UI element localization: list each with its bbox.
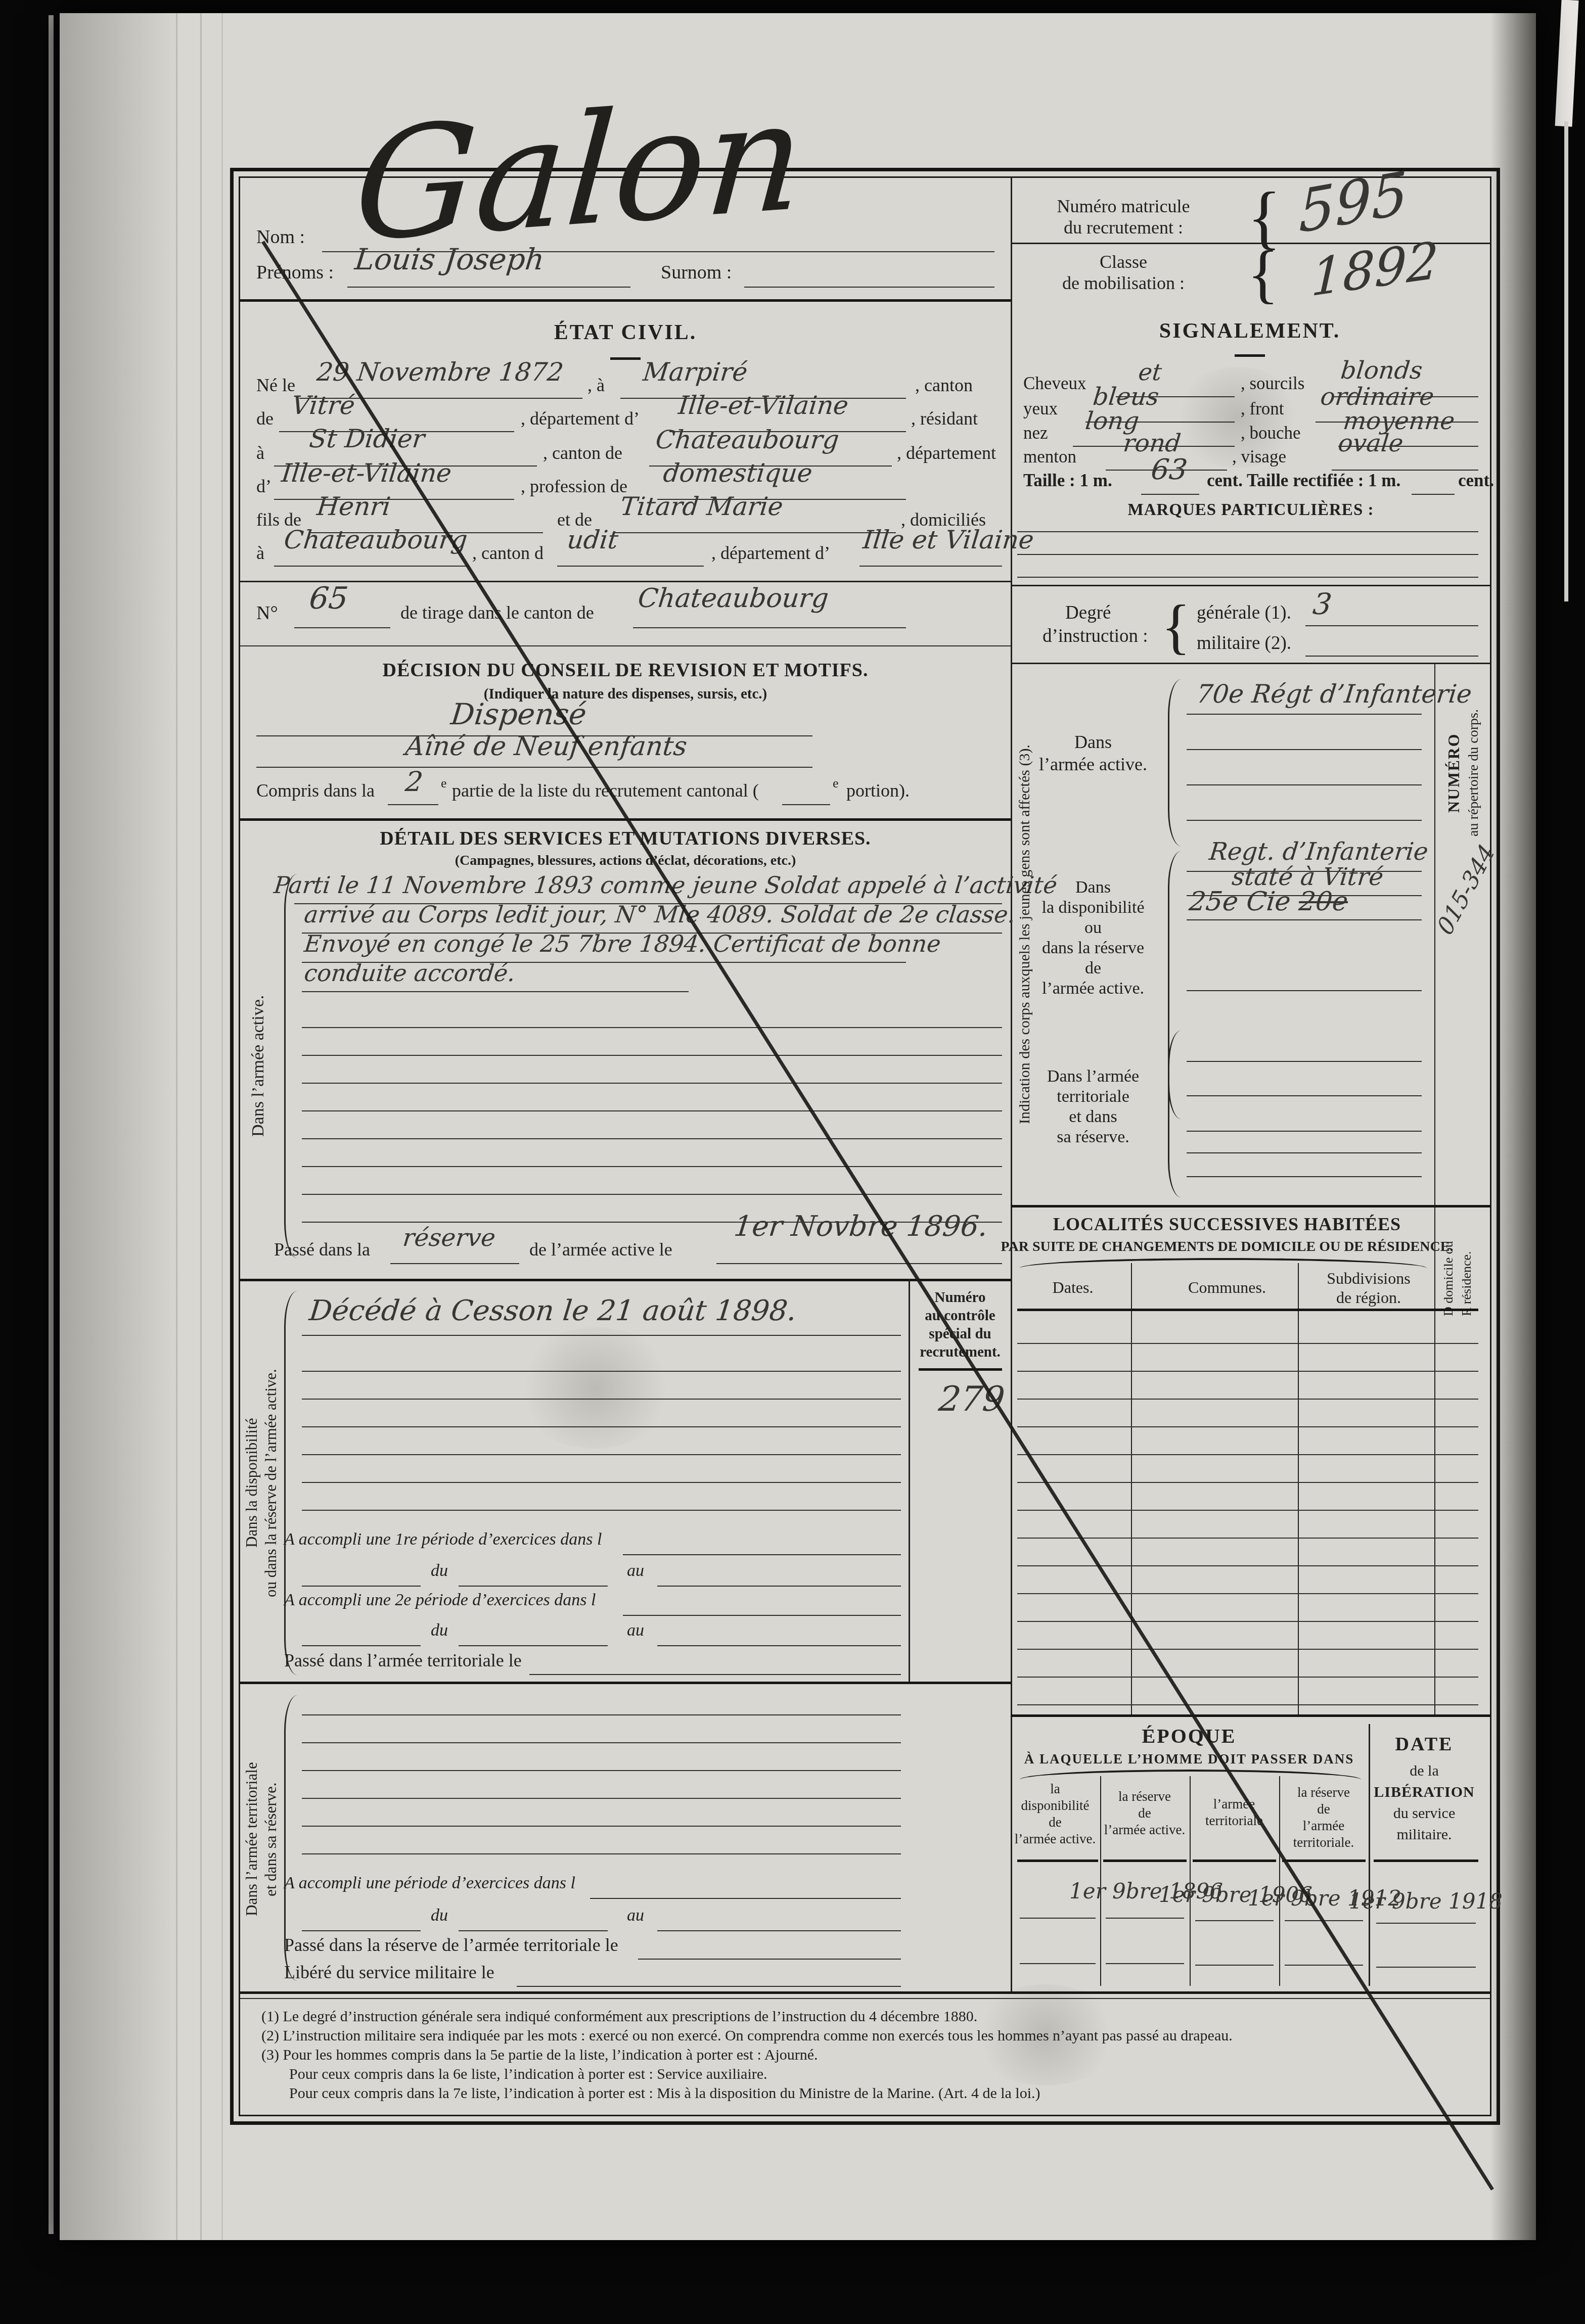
localites-header-rule	[1017, 1309, 1478, 1311]
ec-line	[274, 566, 469, 567]
passe-terr-label: Passé dans l’armée territoriale le	[284, 1650, 522, 1671]
passe-pre: Passé dans la	[274, 1239, 370, 1260]
periode1-label: A accompli une 1re période d’exercices d…	[284, 1530, 602, 1549]
services-subtitle: (Campagnes, blessures, actions d’éclat, …	[455, 853, 796, 869]
localites-subtitle: PAR SUITE DE CHANGEMENTS DE DOMICILE OU …	[1001, 1239, 1454, 1255]
epoque-row-line	[1376, 1923, 1476, 1924]
controle-header: spécial du	[929, 1326, 991, 1342]
corps-dispo-label: Dans	[1075, 878, 1111, 897]
services-brace	[284, 874, 299, 1258]
compris-end: portion).	[846, 780, 910, 801]
corps-active-hw: 70e Régt d’Infanterie	[1195, 679, 1473, 709]
du-label: du	[431, 1561, 448, 1581]
au-label: au	[627, 1621, 644, 1640]
epoque-col2: de	[1138, 1805, 1151, 1821]
blank-line	[1017, 554, 1478, 555]
rule	[1011, 585, 1491, 586]
surnom-label: Surnom :	[661, 261, 732, 284]
page-edge	[49, 15, 54, 2234]
section-rule	[1011, 1205, 1491, 1207]
periode-line	[657, 1930, 901, 1931]
taille-line	[1412, 494, 1455, 495]
corps-dispo-hw3: 25e Cie 20e	[1188, 887, 1349, 917]
taille-pre: Taille : 1 m.	[1023, 471, 1112, 491]
section-rule	[240, 818, 1011, 821]
epoque-col-line	[1279, 1776, 1280, 1986]
generale-label: générale (1).	[1197, 602, 1291, 624]
title-dash	[610, 357, 641, 360]
ec-line	[859, 566, 1002, 567]
epoque-subtitle: À LAQUELLE L’HOMME DOIT PASSER DANS	[1024, 1751, 1354, 1767]
footnote-2: (2) L’instruction militaire sera indiqué…	[261, 2027, 1233, 2044]
col-dr-1: D domicile ou	[1441, 1210, 1456, 1316]
col-communes: Communes.	[1188, 1278, 1266, 1297]
ec-label: Né le	[256, 375, 295, 396]
footnote-1: (1) Le degré d’instruction générale sera…	[261, 2008, 977, 2025]
epoque-date-header: du service	[1393, 1805, 1455, 1822]
epoque-date-header: DATE	[1395, 1733, 1454, 1755]
du-label: du	[431, 1621, 448, 1640]
ec-value: Ille-et-Vilaine	[677, 391, 850, 420]
controle-divider	[909, 1279, 910, 1682]
epoque-value-liberation: 1er 9bre 1918	[1349, 1889, 1503, 1914]
ec-label: , résidant	[911, 408, 978, 429]
decision-hw2: Aîné de Neuf enfants	[404, 731, 689, 762]
services-title: DÉTAIL DES SERVICES ET MUTATIONS DIVERSE…	[380, 827, 871, 850]
terr-side-label-2: et dans sa réserve.	[262, 1693, 280, 1986]
terr-side-label-1: Dans l’armée territoriale	[243, 1693, 261, 1986]
page-fold-line	[200, 13, 202, 2240]
periode-line	[302, 1930, 421, 1931]
footnote-3: (3) Pour les hommes compris dans la 5e p…	[261, 2047, 818, 2064]
rule	[1011, 663, 1491, 664]
ec-label: de	[256, 408, 274, 429]
marques-label: MARQUES PARTICULIÈRES :	[1128, 501, 1374, 520]
taille-line	[1141, 494, 1199, 495]
epoque-row-line	[1106, 1918, 1184, 1919]
controle-header: Numéro	[935, 1289, 986, 1306]
corps-active-label: l’armée active.	[1039, 754, 1147, 775]
controle-header: recrutement.	[920, 1344, 1001, 1361]
sig-label: , front	[1241, 399, 1284, 419]
corps-dispo-label: ou	[1084, 918, 1102, 938]
corps-line	[1187, 990, 1422, 991]
au-label: au	[627, 1906, 644, 1925]
corps-line	[1187, 919, 1422, 920]
epoque-header-rule	[1282, 1860, 1366, 1862]
ec-value: Vitré	[290, 391, 356, 420]
periode-line	[638, 1959, 901, 1960]
epoque-date-divider	[1369, 1724, 1370, 1986]
sig-label: , visage	[1232, 447, 1286, 467]
etat-civil-title: ÉTAT CIVIL.	[554, 320, 697, 345]
epoque-row-line	[1376, 1967, 1476, 1968]
ec-line	[274, 499, 514, 500]
prenoms-value: Louis Joseph	[353, 242, 546, 276]
main-column-divider	[1011, 178, 1012, 1991]
ec-value: udit	[566, 525, 619, 554]
epoque-title: ÉPOQUE	[1142, 1724, 1237, 1748]
corps-terr-label: sa réserve.	[1057, 1128, 1129, 1147]
epoque-date-header: LIBÉRATION	[1374, 1784, 1475, 1801]
ec-label: , profession de	[521, 476, 627, 497]
surnom-line	[744, 287, 994, 288]
tirage-no-label: N°	[256, 602, 278, 624]
corps-active-brace	[1168, 679, 1183, 846]
epoque-col1: l’armée active.	[1015, 1831, 1096, 1847]
corps-line	[1187, 1176, 1422, 1177]
ec-label: , canton de	[543, 442, 622, 463]
passe-hw2: 1er Novbre 1896.	[733, 1210, 989, 1243]
page-fold-line	[221, 13, 223, 2240]
ec-value: Chateaubourg	[654, 425, 840, 454]
ec-value: Chateaubourg	[283, 525, 469, 554]
controle-rule	[919, 1368, 1002, 1371]
blank-rules	[302, 1344, 901, 1511]
decision-line	[256, 767, 812, 768]
blank-line	[1017, 531, 1478, 532]
degre-label: Degré	[1065, 602, 1111, 624]
periode-line	[590, 1898, 901, 1899]
periode-line	[302, 1645, 421, 1646]
epoque-col1: la	[1050, 1781, 1060, 1797]
col-subdivisions: de région.	[1336, 1288, 1401, 1307]
footnote-5: Pour ceux compris dans la 7e liste, l’in…	[289, 2085, 1040, 2102]
compris-pre: Compris dans la	[256, 780, 375, 801]
prenoms-label: Prénoms :	[256, 261, 334, 284]
prenoms-line	[347, 287, 630, 288]
corps-terr-label: et dans	[1069, 1107, 1117, 1127]
passe-hw1: réserve	[401, 1224, 497, 1252]
scan-canvas: Nom : Galon Prénoms : Louis Joseph Surno…	[0, 0, 1585, 2324]
ec-label: , département d’	[711, 542, 830, 564]
tirage-line	[294, 627, 390, 628]
blank-rules	[302, 1000, 1002, 1225]
section-rule	[240, 1279, 1011, 1281]
periode-line	[657, 1645, 901, 1646]
epoque-col4: la réserve	[1297, 1785, 1350, 1800]
tirage-no-value: 65	[307, 581, 350, 616]
ec-label: , à	[587, 375, 605, 396]
periode-line	[459, 1645, 608, 1646]
corps-line	[1187, 1131, 1422, 1132]
corps-line	[1187, 1095, 1422, 1096]
periode-line	[459, 1930, 608, 1931]
passe-line	[716, 1263, 1002, 1264]
du-label: du	[431, 1906, 448, 1925]
hw-line	[302, 1335, 901, 1336]
footnote-rule-thin	[240, 1998, 1490, 1999]
classe-label: de mobilisation :	[1062, 272, 1185, 294]
sig-label: yeux	[1023, 399, 1058, 419]
sig-label: Cheveux	[1023, 374, 1086, 394]
ec-value: Ille et Vilaine	[862, 525, 1035, 554]
ec-value: Ille-et-Vilaine	[280, 458, 453, 488]
nom-label: Nom :	[256, 226, 305, 248]
localites-rows	[1017, 1316, 1478, 1708]
periode-line	[623, 1615, 901, 1616]
periode-line	[302, 1586, 421, 1587]
periode-line	[657, 1586, 901, 1587]
compris-post: partie de la liste du recrutement canton…	[452, 780, 759, 801]
sig-label: , sourcils	[1241, 374, 1304, 394]
passe-mid: de l’armée active le	[529, 1239, 672, 1260]
degre-label: d’instruction :	[1043, 625, 1148, 647]
deces-hw: Décédé à Cesson le 21 août 1898.	[308, 1294, 798, 1327]
decision-hw1: Dispensé	[449, 697, 588, 731]
libere-label: Libéré du service militaire le	[284, 1962, 494, 1983]
terr-periode-label: A accompli une période d’exercices dans …	[284, 1874, 575, 1893]
ec-label: , canton d	[472, 542, 544, 564]
corps-line	[1187, 1061, 1422, 1062]
hw-line	[302, 991, 689, 992]
militaire-label: militaire (2).	[1197, 632, 1291, 654]
matricule-label: du recrutement :	[1064, 217, 1183, 238]
controle-header: au contrôle	[925, 1308, 995, 1324]
ec-label: à	[256, 442, 264, 463]
periode-line	[623, 1554, 901, 1555]
blank-line	[1017, 577, 1478, 578]
controle-value: 279	[937, 1379, 1007, 1419]
ec-label: , canton	[915, 375, 973, 396]
services-hw3: Envoyé en congé le 25 7bre 1894. Certifi…	[303, 930, 942, 957]
periode-line	[459, 1586, 608, 1587]
epoque-col4: de	[1317, 1801, 1330, 1817]
compris-line	[388, 804, 438, 805]
section-rule	[1011, 1714, 1491, 1717]
corps-line	[1187, 714, 1422, 715]
corps-terr-brace	[1168, 1031, 1183, 1197]
epoque-col2: la réserve	[1118, 1789, 1171, 1804]
epoque-row-line	[1195, 1965, 1274, 1966]
ec-label: d’	[256, 476, 271, 497]
compris-sup2: e	[833, 776, 839, 791]
epoque-header-rule	[1017, 1860, 1098, 1862]
services-side-label: Dans l’armée active.	[249, 874, 268, 1258]
taille-end: cent.	[1458, 471, 1494, 491]
tirage-canton: Chateaubourg	[637, 583, 830, 614]
corps-vertical-label: Indication des corps auxquels les jeunes…	[1016, 667, 1033, 1202]
decision-title: DÉCISION DU CONSEIL DE REVISION ET MOTIF…	[383, 659, 869, 681]
corps-dispo-hw3-struck: 20e	[1297, 887, 1349, 917]
corps-dispo-label: de	[1085, 959, 1101, 978]
title-dash	[1235, 354, 1265, 357]
ec-line	[614, 532, 896, 533]
section-rule	[240, 1682, 1011, 1684]
services-hw2: arrivé au Corps ledit jour, N° Mle 4089.…	[303, 901, 1017, 928]
corps-line	[1187, 749, 1422, 750]
ec-value: Henri	[315, 492, 392, 521]
au-label: au	[627, 1561, 644, 1581]
compris-line	[782, 804, 830, 805]
corps-dispo-hw1: Regt. d’Infanterie	[1208, 838, 1430, 866]
epoque-row-line	[1106, 1963, 1184, 1964]
matricule-label: Numéro matricule	[1057, 196, 1190, 217]
periode-line	[529, 1674, 901, 1675]
classe-label: Classe	[1100, 251, 1147, 272]
periode-line	[517, 1986, 901, 1987]
epoque-col1: disponibilité	[1021, 1798, 1090, 1814]
sig-label: nez	[1023, 423, 1048, 443]
epoque-col3: territoriale	[1205, 1813, 1263, 1829]
epoque-header-rule	[1103, 1860, 1187, 1862]
taille-mid: cent. Taille rectifiée : 1 m.	[1207, 471, 1400, 491]
epoque-header-rule	[1193, 1860, 1276, 1862]
epoque-row-line	[1285, 1920, 1363, 1921]
epoque-row-line	[1285, 1965, 1363, 1966]
compris-sup: e	[441, 776, 447, 791]
ec-label: , département	[897, 442, 996, 463]
dispo-side-label-2: ou dans la réserve de l’armée active.	[262, 1288, 280, 1678]
page-fold-line	[176, 13, 177, 2240]
ec-value: Marpiré	[642, 357, 749, 387]
degre-brace: {	[1161, 592, 1191, 662]
corps-dispo-label: l’armée active.	[1042, 979, 1144, 998]
page-edge	[1564, 121, 1568, 601]
sig-label: menton	[1023, 447, 1076, 467]
services-hw4: conduite accordé.	[303, 959, 517, 987]
ec-label: , département d’	[521, 408, 640, 429]
page-edge	[1555, 0, 1578, 127]
corps-dispo-label: dans la réserve	[1042, 939, 1144, 958]
ec-label: à	[256, 542, 264, 564]
tirage-line	[633, 627, 906, 628]
blank-rules	[302, 1688, 901, 1857]
dispo-side-label-1: Dans la disponibilité	[243, 1288, 261, 1678]
services-hw1: Parti le 11 Novembre 1893 comme jeune So…	[273, 871, 1059, 899]
epoque-col2: l’armée active.	[1104, 1822, 1185, 1838]
rule	[240, 581, 1011, 582]
compris-value: 2	[404, 766, 425, 798]
sig-label: , bouche	[1241, 423, 1301, 443]
signalement-title: SIGNALEMENT.	[1159, 319, 1340, 343]
epoque-date-header: militaire.	[1396, 1826, 1452, 1843]
tirage-text: de tirage dans le canton de	[400, 602, 594, 623]
classe-brace: {	[1247, 236, 1279, 312]
epoque-row-line	[1020, 1963, 1096, 1964]
sig-value: blonds	[1339, 356, 1424, 385]
sig-value: et	[1137, 358, 1163, 386]
degre-line	[1305, 656, 1478, 657]
section-rule	[240, 299, 1011, 302]
footnote-rule	[240, 1991, 1490, 1994]
corps-terr-label: Dans l’armée	[1047, 1067, 1139, 1086]
epoque-col3: l’armée	[1213, 1796, 1255, 1812]
col-dr-2: R résidence.	[1459, 1210, 1474, 1316]
ec-value: St Didier	[308, 424, 426, 453]
passe-line	[390, 1263, 519, 1264]
corps-line	[1187, 1152, 1422, 1153]
epoque-header-rule	[1374, 1860, 1478, 1862]
periode2-label: A accompli une 2e période d’exercices da…	[284, 1591, 596, 1610]
degre-line	[1305, 625, 1478, 626]
generale-value: 3	[1311, 587, 1333, 621]
col-subdivisions: Subdivisions	[1327, 1269, 1410, 1288]
ec-line	[557, 566, 704, 567]
passe-res-label: Passé dans la réserve de l’armée territo…	[284, 1934, 618, 1956]
epoque-date-header: de la	[1410, 1762, 1438, 1780]
corps-dispo-label: la disponibilité	[1041, 898, 1144, 917]
ec-value: domestique	[662, 458, 814, 488]
localites-title: LOCALITÉS SUCCESSIVES HABITÉES	[1053, 1214, 1401, 1235]
epoque-col1: de	[1049, 1815, 1061, 1830]
corps-line	[1187, 784, 1422, 785]
epoque-col4: l’armée	[1303, 1818, 1344, 1834]
corps-dispo-hw3-text: 25e Cie	[1188, 887, 1292, 917]
rule	[240, 645, 1011, 646]
page-curl-shadow	[60, 13, 181, 2240]
epoque-row-line	[1195, 1920, 1274, 1921]
corps-active-label: Dans	[1074, 731, 1112, 753]
epoque-row-line	[1020, 1918, 1096, 1919]
col-dates: Dates.	[1053, 1278, 1094, 1297]
dispo-brace	[284, 1291, 299, 1675]
taille-value: 63	[1150, 453, 1189, 486]
epoque-col4: territoriale.	[1293, 1835, 1354, 1850]
corps-terr-label: territoriale	[1057, 1087, 1129, 1106]
sig-value: ovale	[1337, 429, 1405, 457]
matricule-form: Nom : Galon Prénoms : Louis Joseph Surno…	[230, 168, 1500, 2125]
ec-value: Titard Marie	[619, 492, 785, 521]
corps-line	[1187, 820, 1422, 821]
ec-value: 29 Novembre 1872	[315, 357, 565, 387]
footnote-4: Pour ceux compris dans la 6e liste, l’in…	[289, 2066, 767, 2083]
